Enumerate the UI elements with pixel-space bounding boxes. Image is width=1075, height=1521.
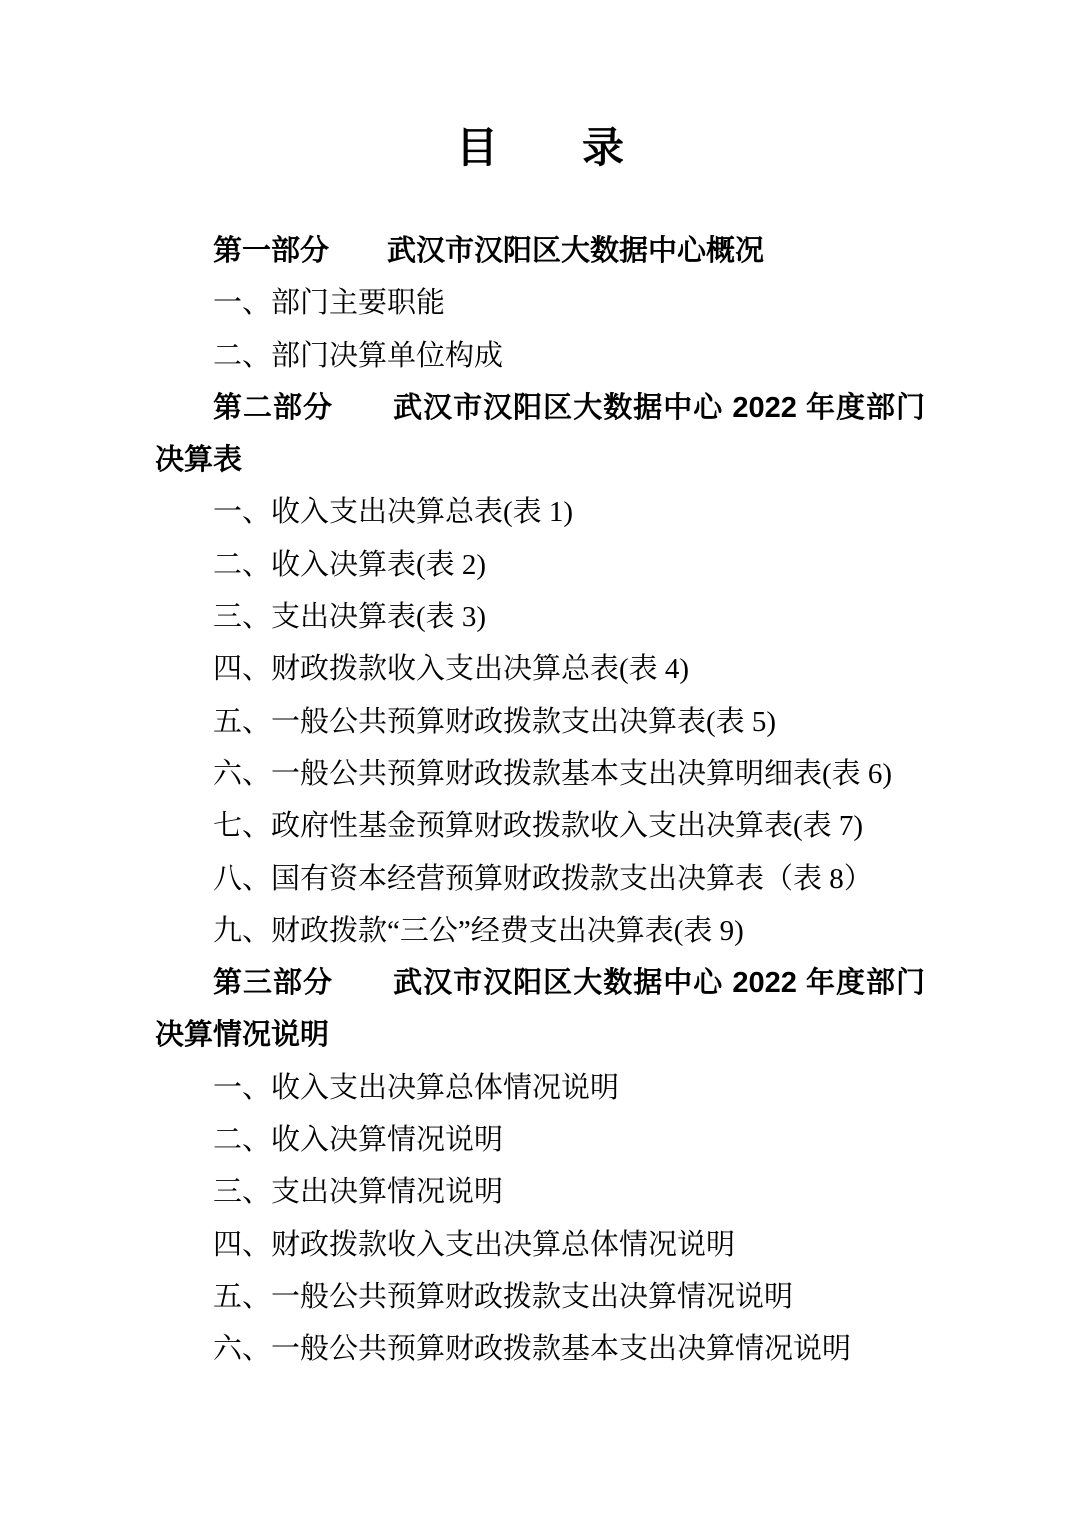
page-title: 目 录 [155,112,925,184]
toc-section-part3: 第三部分 武汉市汉阳区大数据中心 2022 年度部门决算情况说明 一、收入支出决… [155,957,925,1375]
table-of-contents: 第一部分 武汉市汉阳区大数据中心概况 一、部门主要职能 二、部门决算单位构成 第… [155,225,925,1376]
toc-item: 一、收入支出决算总体情况说明 [155,1062,925,1114]
toc-item: 二、收入决算表(表 2) [155,539,925,591]
toc-section-part1: 第一部分 武汉市汉阳区大数据中心概况 一、部门主要职能 二、部门决算单位构成 [155,225,925,382]
toc-item: 一、部门主要职能 [155,277,925,329]
toc-item: 七、政府性基金预算财政拨款收入支出决算表(表 7) [155,800,925,852]
document-page: 目 录 第一部分 武汉市汉阳区大数据中心概况 一、部门主要职能 二、部门决算单位… [0,0,1075,1521]
toc-section-part2: 第二部分 武汉市汉阳区大数据中心 2022 年度部门决算表 一、收入支出决算总表… [155,382,925,957]
toc-item: 四、财政拨款收入支出决算总体情况说明 [155,1219,925,1271]
toc-item: 四、财政拨款收入支出决算总表(表 4) [155,643,925,695]
toc-item: 九、财政拨款“三公”经费支出决算表(表 9) [155,905,925,957]
toc-item: 六、一般公共预算财政拨款基本支出决算情况说明 [155,1323,925,1375]
toc-item: 二、收入决算情况说明 [155,1114,925,1166]
section-heading-part3: 第三部分 武汉市汉阳区大数据中心 2022 年度部门决算情况说明 [155,957,925,1062]
toc-item: 五、一般公共预算财政拨款支出决算情况说明 [155,1271,925,1323]
toc-item: 一、收入支出决算总表(表 1) [155,486,925,538]
toc-item: 八、国有资本经营预算财政拨款支出决算表（表 8） [155,853,925,905]
toc-item: 三、支出决算表(表 3) [155,591,925,643]
toc-item: 二、部门决算单位构成 [155,330,925,382]
section-heading-part2: 第二部分 武汉市汉阳区大数据中心 2022 年度部门决算表 [155,382,925,487]
toc-item: 五、一般公共预算财政拨款支出决算表(表 5) [155,696,925,748]
section-heading-part1: 第一部分 武汉市汉阳区大数据中心概况 [155,225,925,277]
toc-item: 六、一般公共预算财政拨款基本支出决算明细表(表 6) [155,748,925,800]
toc-item: 三、支出决算情况说明 [155,1166,925,1218]
